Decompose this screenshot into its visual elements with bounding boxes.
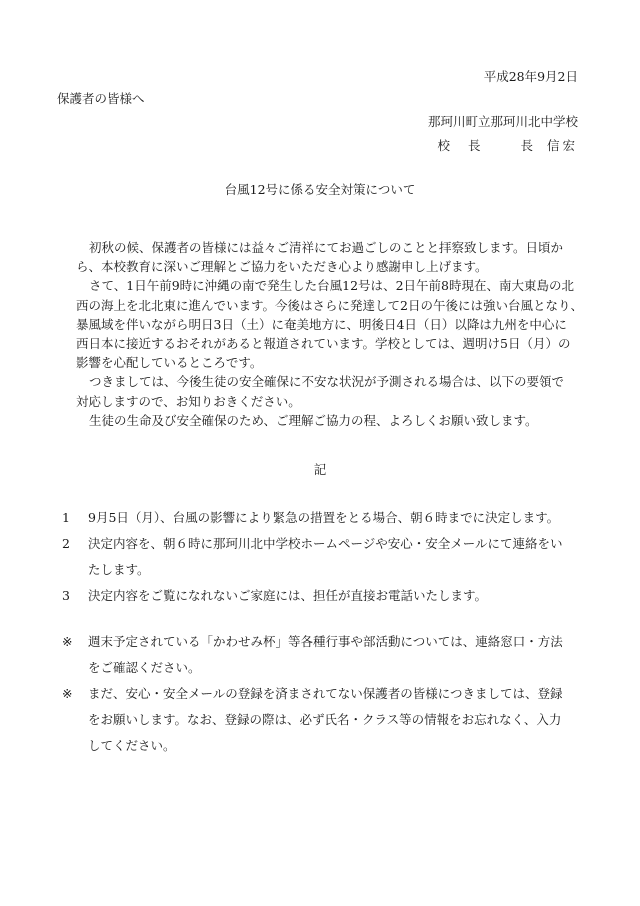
notes-list: ※ 週末予定されている「かわせみ杯」等各種行事や部活動については、連絡窓口・方法… (62, 629, 622, 759)
ki-marker: 記 (0, 460, 640, 478)
item-number: 1 (62, 505, 82, 531)
note-item: ※ 週末予定されている「かわせみ杯」等各種行事や部活動については、連絡窓口・方法… (62, 629, 622, 681)
body-line: 西日本に接近するおそれがあると報道されています。学校としては、週明け5日（月）の (76, 334, 596, 353)
list-item: 1 9月5日（月）、台風の影響により緊急の措置をとる場合、朝６時までに決定します… (62, 505, 622, 531)
document-date: 平成28年9月2日 (484, 67, 578, 85)
document-title: 台風12号に係る安全対策について (0, 180, 640, 198)
reference-mark-icon: ※ (62, 681, 82, 707)
body-line: さて、1日午前9時に沖縄の南で発生した台風12号は、2日午前8時現在、南大東島の… (76, 276, 596, 295)
body-line: 対応しますので、お知りおきください。 (76, 392, 596, 411)
item-text: 決定内容をご覧になれないご家庭には、担任が直接お電話いたします。 (62, 583, 622, 609)
numbered-list: 1 9月5日（月）、台風の影響により緊急の措置をとる場合、朝６時までに決定します… (62, 505, 622, 609)
item-number: 3 (62, 583, 82, 609)
note-text: をお願いします。なお、登録の際は、必ず氏名・クラス等の情報をお忘れなく、入力 (62, 707, 622, 733)
principal-title-2: 長 (468, 136, 481, 154)
school-name: 那珂川町立那珂川北中学校 (428, 112, 578, 130)
body-text: 初秋の候、保護者の皆様には益々ご清祥にてお過ごしのことと拝察致します。日頃か ら… (76, 238, 596, 430)
principal-signature: 校長長信宏 (437, 136, 578, 154)
principal-title-1: 校 (437, 136, 450, 154)
body-line: 初秋の候、保護者の皆様には益々ご清祥にてお過ごしのことと拝察致します。日頃か (76, 238, 596, 257)
body-line: 影響を心配しているところです。 (76, 353, 596, 372)
body-line: 生徒の生命及び安全確保のため、ご理解ご協力の程、よろしくお願い致します。 (76, 411, 596, 430)
note-text: まだ、安心・安全メールの登録を済まされてない保護者の皆様につきましては、登録 (62, 681, 622, 707)
note-item: ※ まだ、安心・安全メールの登録を済まされてない保護者の皆様につきましては、登録… (62, 681, 622, 759)
note-text: 週末予定されている「かわせみ杯」等各種行事や部活動については、連絡窓口・方法 (62, 629, 622, 655)
body-line: 暴風域を伴いながら明日3日（土）に奄美地方に、明後日4日（日）以降は九州を中心に (76, 315, 596, 334)
principal-name-2: 信宏 (547, 136, 578, 154)
principal-name-1: 長 (520, 136, 533, 154)
list-item: 2 決定内容を、朝６時に那珂川北中学校ホームページや安心・安全メールにて連絡をい… (62, 531, 622, 583)
addressee: 保護者の皆様へ (57, 89, 145, 107)
item-text: 決定内容を、朝６時に那珂川北中学校ホームページや安心・安全メールにて連絡をい (62, 531, 622, 557)
body-line: つきましては、今後生徒の安全確保に不安な状況が予測される場合は、以下の要領で (76, 372, 596, 391)
item-text: 9月5日（月）、台風の影響により緊急の措置をとる場合、朝６時までに決定します。 (62, 505, 622, 531)
item-text: たします。 (62, 557, 622, 583)
note-text: してください。 (62, 733, 622, 759)
reference-mark-icon: ※ (62, 629, 82, 655)
body-line: ら、本校教育に深いご理解とご協力をいただき心より感謝申し上げます。 (76, 257, 596, 276)
item-number: 2 (62, 531, 82, 557)
list-item: 3 決定内容をご覧になれないご家庭には、担任が直接お電話いたします。 (62, 583, 622, 609)
body-line: 西の海上を北北東に進んでいます。今後はさらに発達して2日の午後には強い台風となり… (76, 296, 596, 315)
note-text: をご確認ください。 (62, 655, 622, 681)
